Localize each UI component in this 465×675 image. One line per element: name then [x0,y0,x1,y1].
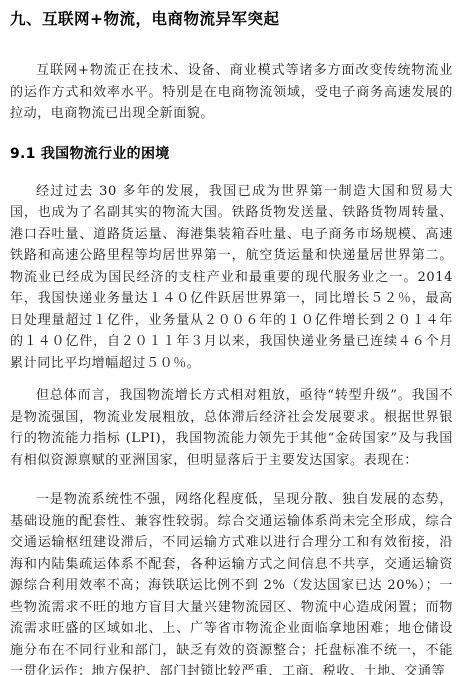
body-paragraph: 但总体而言，我国物流增长方式相对粗放，亟待“转型升级”。我国不是物流强国，物流业… [10,385,453,471]
intro-paragraph: 互联网+物流正在技术、设备、商业模式等诸多方面改变传统物流业的运作方式和效率水平… [10,60,453,125]
section-heading: 9.1 我国物流行业的困境 [10,144,453,164]
body-paragraph: 经过过去 30 多年的发展，我国已成为世界第一制造大国和贸易大国，也成为了名副其… [10,181,453,375]
document-page: 九、互联网+物流，电商物流异军突起 互联网+物流正在技术、设备、商业模式等诸多方… [0,0,465,675]
chapter-title: 九、互联网+物流，电商物流异军突起 [10,8,453,30]
body-paragraph: 一是物流系统性不强，网络化程度低，呈现分散、独自发展的态势，基础设施的配套性、兼… [10,489,453,675]
